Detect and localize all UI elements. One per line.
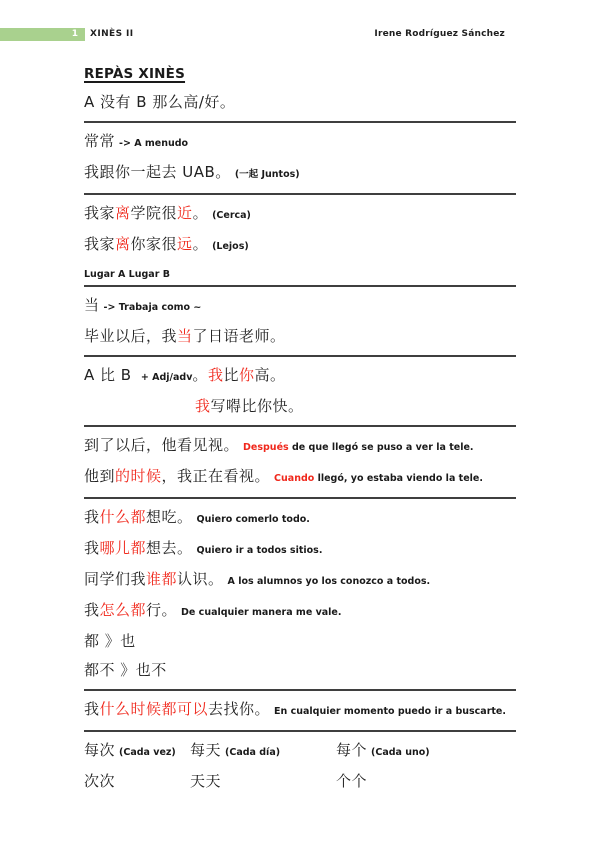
note-column: 每天(Cada día) xyxy=(190,740,336,763)
highlighted-text: 的时候 xyxy=(115,467,162,485)
note-line: 我家离你家很远。(Lejos) xyxy=(84,234,516,257)
notes-list: A 没有 B 那么高/好。常常-> A menudo我跟你一起去 UAB。(一起… xyxy=(84,92,516,792)
page-number-badge: 1 xyxy=(0,28,85,41)
note-line: 同学们我谁都认识。A los alumnos yo los conozco a … xyxy=(84,569,516,592)
note-column: 每次(Cada vez) xyxy=(84,740,190,763)
highlighted-text: 当 xyxy=(177,327,193,345)
page-number: 1 xyxy=(72,29,78,39)
highlighted-text: 你 xyxy=(239,366,255,384)
chinese-text: 我 xyxy=(84,601,100,619)
chinese-text: A 比 B xyxy=(84,366,137,384)
translation-text: (Cerca) xyxy=(212,210,251,221)
note-line: 我哪儿都想去。Quiero ir a todos sitios. xyxy=(84,538,516,561)
translation-text: Quiero comerlo todo. xyxy=(197,514,310,525)
chinese-text: 写嘚比你快。 xyxy=(211,397,304,415)
note-line: 我跟你一起去 UAB。(一起 Juntos) xyxy=(84,162,516,185)
chinese-text: 。 xyxy=(193,235,209,253)
chinese-text: 到了以后，他看见视。 xyxy=(84,436,239,454)
highlighted-text: 近 xyxy=(177,204,193,222)
note-line: 毕业以后，我当了日语老师。 xyxy=(84,326,516,347)
note-columns-row: 每次(Cada vez)每天(Cada día)每个(Cada uno) xyxy=(84,740,516,763)
chinese-text: 我家 xyxy=(84,235,115,253)
section-divider xyxy=(84,355,516,357)
translation-text: llegó, yo estaba viendo la tele. xyxy=(314,473,483,484)
chinese-text: 比 xyxy=(223,366,239,384)
document-page: 1 XINÈS II Irene Rodríguez Sánchez REPÀS… xyxy=(0,0,599,848)
translation-text: (Lejos) xyxy=(212,241,249,252)
highlighted-text: 什么都 xyxy=(100,508,147,526)
note-column: 个个 xyxy=(336,771,516,792)
chinese-text: 常常 xyxy=(84,132,115,150)
note-line: 当-> Trabaja como ~ xyxy=(84,295,516,318)
highlighted-text: Cuando xyxy=(274,473,314,484)
chinese-text: 都 》也 xyxy=(84,632,136,650)
chinese-text: 行。 xyxy=(146,601,177,619)
chinese-text: 我家 xyxy=(84,204,115,222)
header-author: Irene Rodríguez Sánchez xyxy=(374,29,505,39)
chinese-text: 你家很 xyxy=(131,235,178,253)
translation-text: (一起 Juntos) xyxy=(235,169,300,180)
translation-text: de que llegó se puso a ver la tele. xyxy=(289,442,474,453)
chinese-text: 我 xyxy=(84,700,100,718)
highlighted-text: 远 xyxy=(177,235,193,253)
section-divider xyxy=(84,730,516,732)
chinese-text: 天天 xyxy=(190,772,221,790)
note-column: 次次 xyxy=(84,771,190,792)
chinese-text: 每天 xyxy=(190,741,221,759)
chinese-text: 想去。 xyxy=(146,539,193,557)
note-line: 都不 》也不 xyxy=(84,660,516,681)
highlighted-text: 离 xyxy=(115,235,131,253)
note-line: 常常-> A menudo xyxy=(84,131,516,154)
note-line: 都 》也 xyxy=(84,631,516,652)
translation-text: -> Trabaja como ~ xyxy=(104,302,202,313)
highlighted-text: 谁都 xyxy=(146,570,177,588)
note-column: 每个(Cada uno) xyxy=(336,740,516,763)
chinese-text: 。 xyxy=(192,366,208,384)
document-title: REPÀS XINÈS xyxy=(84,66,516,82)
chinese-text: 学院很 xyxy=(131,204,178,222)
note-columns-row: 次次天天个个 xyxy=(84,771,516,792)
chinese-text: 当 xyxy=(84,296,100,314)
chinese-text: 毕业以后，我 xyxy=(84,327,177,345)
chinese-text: 认识。 xyxy=(177,570,224,588)
section-divider xyxy=(84,689,516,691)
note-line: A 没有 B 那么高/好。 xyxy=(84,92,516,113)
chinese-text: 个个 xyxy=(336,772,367,790)
chinese-text: 高。 xyxy=(254,366,285,384)
note-line: 我怎么都行。De cualquier manera me vale. xyxy=(84,600,516,623)
chinese-text: A 没有 B 那么高/好。 xyxy=(84,93,235,111)
note-line: 我什么都想吃。Quiero comerlo todo. xyxy=(84,507,516,530)
note-line: 我写嘚比你快。 xyxy=(84,396,516,417)
highlighted-text: 什么时候都可以 xyxy=(100,700,209,718)
chinese-text: 。 xyxy=(193,204,209,222)
note-line: 他到的时候，我正在看视。Cuando llegó, yo estaba vien… xyxy=(84,466,516,489)
note-line: Lugar A Lugar B xyxy=(84,265,516,282)
chinese-text: 了日语老师。 xyxy=(193,327,286,345)
translation-text: -> A menudo xyxy=(119,138,188,149)
highlighted-text: 哪儿都 xyxy=(100,539,147,557)
section-divider xyxy=(84,497,516,499)
chinese-text: 去找你。 xyxy=(208,700,270,718)
chinese-text: 他到 xyxy=(84,467,115,485)
chinese-text: 都不 》也不 xyxy=(84,661,167,679)
document-content: REPÀS XINÈS A 没有 B 那么高/好。常常-> A menudo我跟… xyxy=(84,66,516,800)
translation-text: A los alumnos yo los conozco a todos. xyxy=(228,576,431,587)
highlighted-text: 我 xyxy=(195,397,211,415)
note-line: A 比 B + Adj/adv。我比你高。 xyxy=(84,365,516,388)
translation-text: Quiero ir a todos sitios. xyxy=(197,545,323,556)
chinese-text: 次次 xyxy=(84,772,115,790)
section-divider xyxy=(84,121,516,123)
chinese-text: 同学们我 xyxy=(84,570,146,588)
translation-text: (Cada día) xyxy=(225,747,280,758)
page-header: 1 XINÈS II Irene Rodríguez Sánchez xyxy=(0,28,599,41)
chinese-text: 每次 xyxy=(84,741,115,759)
note-line: 到了以后，他看见视。Después de que llegó se puso a… xyxy=(84,435,516,458)
translation-text: De cualquier manera me vale. xyxy=(181,607,341,618)
note-column: 天天 xyxy=(190,771,336,792)
chinese-text: ，我正在看视。 xyxy=(162,467,271,485)
highlighted-text: Después xyxy=(243,442,289,453)
chinese-text: 我 xyxy=(84,539,100,557)
note-line: 我家离学院很近。(Cerca) xyxy=(84,203,516,226)
chinese-text: 想吃。 xyxy=(146,508,193,526)
chinese-text: 我 xyxy=(84,508,100,526)
section-divider xyxy=(84,193,516,195)
section-divider xyxy=(84,425,516,427)
chinese-text: 我跟你一起去 UAB。 xyxy=(84,163,231,181)
header-course-title: XINÈS II xyxy=(90,29,133,39)
highlighted-text: 离 xyxy=(115,204,131,222)
note-line: 我什么时候都可以去找你。En cualquier momento puedo i… xyxy=(84,699,516,722)
section-divider xyxy=(84,285,516,287)
translation-text: Lugar A Lugar B xyxy=(84,269,170,280)
translation-text: + Adj/adv xyxy=(141,372,193,383)
translation-text: (Cada vez) xyxy=(119,747,176,758)
highlighted-text: 怎么都 xyxy=(100,601,147,619)
chinese-text: 每个 xyxy=(336,741,367,759)
highlighted-text: 我 xyxy=(208,366,224,384)
translation-text: (Cada uno) xyxy=(371,747,430,758)
translation-text: En cualquier momento puedo ir a buscarte… xyxy=(274,706,506,717)
